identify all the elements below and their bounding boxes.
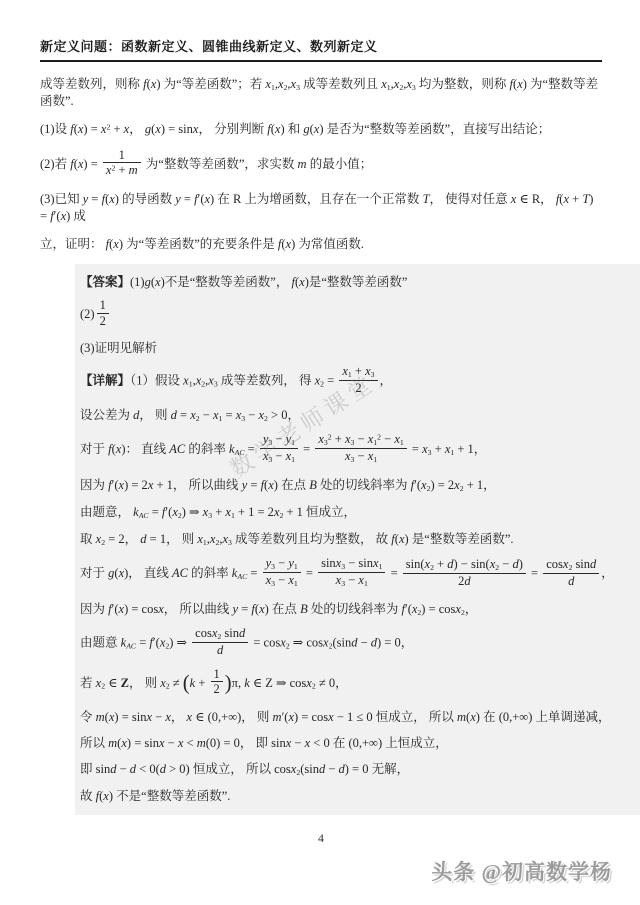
detail-line-4: 因为 f′(x) = 2x + 1， 所以曲线 y = f(x) 在点 B 处的… [80, 477, 633, 494]
question-part-3-line-2: 立，证明： f(x) 为“等差函数”的充要条件是 f(x) 为常值函数. [40, 236, 602, 252]
detail-line-6: 取 x2 = 2， d = 1， 则 x1,x2,x3 成等差数列且均为整数， … [80, 531, 633, 548]
detail-line-10: 若 x2 ∈ Z， 则 x2 ≠ (k + 12)π, k ∈ Z ⇒ cosx… [80, 669, 633, 699]
detail-line-11: 令 m(x) = sinx − x， x ∈ (0,+∞)， 则 m′(x) =… [80, 709, 633, 725]
answer-line-2: (2)12 [80, 300, 633, 330]
detail-line-14: 故 f(x) 不是“整数等差函数”. [80, 788, 633, 804]
page-title: 新定义问题：函数新定义、圆锥曲线新定义、数列新定义 [40, 36, 602, 62]
question-intro: 成等差数列，则称 f(x) 为“等差函数”；若 x1,x2,x3 成等差数列且 … [40, 76, 602, 109]
answer-line-3: (3)证明见解析 [80, 340, 633, 356]
detail-line-7: 对于 g(x)， 直线 AC 的斜率 kAC = y3 − y1x3 − x1 … [80, 558, 633, 591]
detail-line-2: 设公差为 d， 则 d = x2 − x1 = x3 − x2 > 0， [80, 407, 633, 424]
question-section: 成等差数列，则称 f(x) 为“等差函数”；若 x1,x2,x3 成等差数列且 … [40, 76, 602, 846]
detail-line-9: 由题意 kAC = f′(x2) ⇒ cosx2 sindd = cosx2 ⇒… [80, 628, 633, 659]
answer-solution-box: 【答案】(1)g(x)不是“整数等差函数”， f(x)是“整数等差函数” (2)… [75, 264, 640, 815]
footer-watermark-badge: 头条 @初高数学杨 [431, 856, 612, 886]
answer-line-1: 【答案】(1)g(x)不是“整数等差函数”， f(x)是“整数等差函数” [80, 274, 633, 290]
question-part-3-line-1: (3)已知 y = f(x) 的导函数 y = f′(x) 在 R 上为增函数，… [40, 191, 602, 224]
detail-line-3: 对于 f(x)： 直线 AC 的斜率 kAC = y3 − y1x3 − x1 … [80, 434, 633, 467]
detail-line-8: 因为 f′(x) = cosx， 所以曲线 y = f(x) 在点 B 处的切线… [80, 601, 633, 618]
detail-line-12: 所以 m(x) = sinx − x < m(0) = 0， 即 sinx − … [80, 735, 633, 751]
detail-line-1: 【详解】（1）假设 x1,x2,x3 成等差数列， 得 x2 = x1 + x3… [80, 366, 633, 397]
detail-line-5: 由题意， kAC = f′(x2) ⇒ x3 + x1 + 1 = 2x2 + … [80, 504, 633, 521]
question-part-2: (2)若 f(x) = 1x2 + m 为“整数等差函数”，求实数 m 的最小值… [40, 150, 602, 180]
question-part-1: (1)设 f(x) = x2 + x， g(x) = sinx， 分别判断 f(… [40, 121, 602, 137]
page-number: 4 [40, 831, 602, 846]
detail-line-13: 即 sind − d < 0(d > 0) 恒成立， 所以 cosx2(sind… [80, 761, 633, 778]
document-page: 新定义问题：函数新定义、圆锥曲线新定义、数列新定义 成等差数列，则称 f(x) … [0, 0, 640, 905]
